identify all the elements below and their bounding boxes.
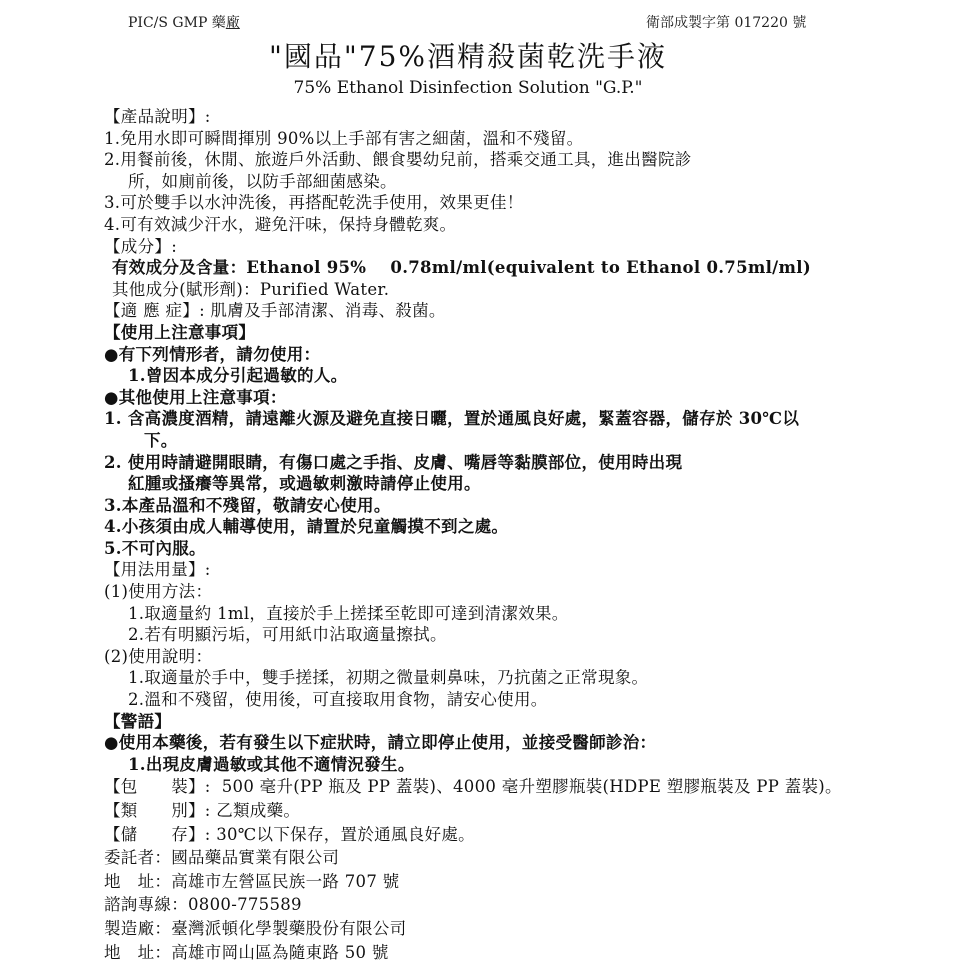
section-heading-product-description: 【產品說明】: [104, 106, 936, 128]
manufacturer-address-line: 地 址：高雄市岡山區為隨東路 50 號 [104, 941, 936, 960]
warning-item: 1.出現皮膚過敏或其他不適情況發生。 [104, 754, 936, 776]
dosage-instruction-item: 2.溫和不殘留，使用後，可直接取用食物，請安心使用。 [104, 689, 936, 711]
product-description-item: 4.可有效減少汗水，避免汗味，保持身體乾爽。 [104, 214, 936, 236]
indications-line: 【適 應 症】: 肌膚及手部清潔、消毒、殺菌。 [104, 300, 936, 322]
precaution-item-continuation: 下。 [104, 430, 936, 452]
section-heading-precautions: 【使用上注意事項】 [104, 322, 936, 344]
precaution-item: 1. 含高濃度酒精，請遠離火源及避免直接日曬，置於通風良好處，緊蓋容器，儲存於 … [104, 408, 936, 430]
category-line: 【類 別】: 乙類成藥。 [104, 799, 936, 823]
leaflet-body: 【產品說明】: 1.免用水即可瞬間揮別 90%以上手部有害之細菌，溫和不殘留。 … [0, 100, 960, 960]
manufacturer-line: 製造廠：臺灣派頓化學製藥股份有限公司 [104, 917, 936, 941]
dosage-method-heading: (1)使用方法： [104, 581, 936, 603]
section-heading-dosage: 【用法用量】: [104, 559, 936, 581]
dosage-instruction-item: 1.取適量於手中，雙手搓揉，初期之微量刺鼻味，乃抗菌之正常現象。 [104, 667, 936, 689]
entruster-address-line: 地 址：高雄市左營區民族一路 707 號 [104, 870, 936, 894]
other-ingredient-line: 其他成分(賦形劑)：Purified Water. [104, 279, 936, 301]
precaution-other-heading: ●其他使用上注意事項： [104, 387, 936, 409]
product-description-item: 1.免用水即可瞬間揮別 90%以上手部有害之細菌，溫和不殘留。 [104, 128, 936, 150]
dosage-method-item: 1.取適量約 1ml，直接於手上搓揉至乾即可達到清潔效果。 [104, 603, 936, 625]
precaution-item-continuation: 紅腫或搔癢等異常，或過敏刺激時請停止使用。 [104, 473, 936, 495]
precaution-item: 4.小孩須由成人輔導使用，請置於兒童觸摸不到之處。 [104, 516, 936, 538]
precaution-item: 2. 使用時請避開眼睛，有傷口處之手指、皮膚、嘴唇等黏膜部位，使用時出現 [104, 452, 936, 474]
entruster-line: 委託者：國品藥品實業有限公司 [104, 846, 936, 870]
drug-leaflet-page: PIC/S GMP 藥廠 衛部成製字第 017220 號 "國品"75%酒精殺菌… [0, 0, 960, 960]
active-ingredient-line: 有效成分及含量：Ethanol 95% 0.78ml/ml(equivalent… [104, 257, 936, 279]
hotline-line: 諮詢專線：0800-775589 [104, 893, 936, 917]
product-description-item-continuation: 所，如廁前後，以防手部細菌感染。 [104, 171, 936, 193]
precaution-item: 5.不可內服。 [104, 538, 936, 560]
product-description-item: 3.可於雙手以水沖洗後，再搭配乾洗手使用，效果更佳！ [104, 192, 936, 214]
warning-line: ●使用本藥後，若有發生以下症狀時，請立即停止使用，並接受醫師診治： [104, 732, 936, 754]
section-heading-warning: 【警語】 [104, 711, 936, 733]
section-heading-ingredients: 【成分】: [104, 236, 936, 258]
precaution-do-not-use-item: 1.曾因本成分引起過敏的人。 [104, 365, 936, 387]
dosage-instruction-heading: (2)使用說明： [104, 646, 936, 668]
product-description-item: 2.用餐前後，休閒、旅遊戶外活動、餵食嬰幼兒前，搭乘交通工具，進出醫院診 [104, 149, 936, 171]
packaging-line: 【包 裝】: 500 毫升(PP 瓶及 PP 蓋裝)、4000 毫升塑膠瓶裝(H… [104, 775, 936, 799]
precaution-item: 3.本產品溫和不殘留，敬請安心使用。 [104, 495, 936, 517]
precaution-do-not-use-heading: ●有下列情形者，請勿使用： [104, 344, 936, 366]
product-title: "國品"75%酒精殺菌乾洗手液 [0, 0, 948, 74]
dosage-method-item: 2.若有明顯污垢，可用紙巾沾取適量擦拭。 [104, 624, 936, 646]
product-subtitle-english: 75% Ethanol Disinfection Solution "G.P." [0, 76, 948, 100]
storage-line: 【儲 存】: 30℃以下保存，置於通風良好處。 [104, 823, 936, 847]
